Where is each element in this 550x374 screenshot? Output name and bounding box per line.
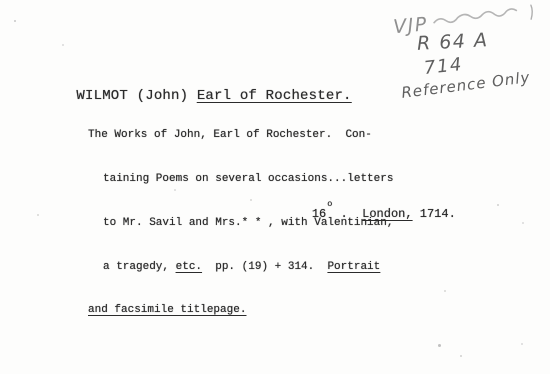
catalog-card: VJP R 64 A 714 Reference Only WILMOT (Jo… xyxy=(0,0,550,374)
description-line: taining Poems on several occasions...let… xyxy=(103,172,393,187)
etc-underlined: etc. xyxy=(176,261,202,273)
imprint-line: 16o . London, 1714. xyxy=(283,191,456,235)
imprint-year: 1714. xyxy=(413,207,456,221)
handwritten-shelfmark: R 64 A xyxy=(416,29,489,55)
portrait-underlined: Portrait xyxy=(327,261,380,273)
handwritten-reference-only: Reference Only xyxy=(400,68,531,102)
description-line: and facsimile titlepage. xyxy=(88,303,393,318)
format-size-superscript: o xyxy=(327,199,332,209)
handwritten-number: 714 xyxy=(423,54,464,79)
description-line: a tragedy, etc. pp. (19) + 314. Portrait xyxy=(103,260,393,275)
facsimile-underlined: and facsimile titlepage. xyxy=(88,304,246,316)
format-size: 16 xyxy=(312,207,326,221)
imprint-place: London, xyxy=(362,207,412,221)
description-line: The Works of John, Earl of Rochester. Co… xyxy=(88,128,393,143)
